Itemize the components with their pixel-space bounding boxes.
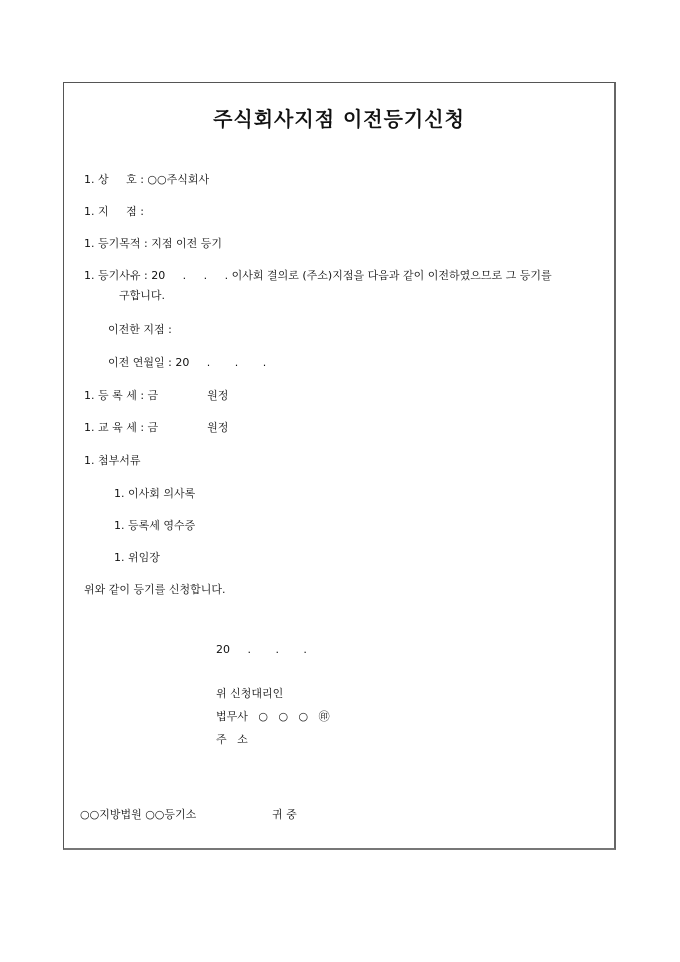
signature-date: 20 . . .: [216, 643, 307, 657]
relocation-date-line: 이전 연월일 : 20 . . .: [108, 356, 266, 370]
registration-tax-line: 1. 등 록 세 : 금 원정: [84, 389, 228, 403]
branch-line: 1. 지 점 :: [84, 205, 144, 219]
document-title: 주식회사지점 이전등기신청: [64, 103, 614, 132]
attachment-item: 1. 위임장: [114, 551, 160, 565]
attachment-item: 1. 등록세 영수증: [114, 519, 195, 533]
relocated-branch-line: 이전한 지점 :: [108, 323, 172, 337]
trade-name-line: 1. 상 호 : ○○주식회사: [84, 173, 209, 187]
attachments-header: 1. 첨부서류: [84, 454, 141, 468]
purpose-line: 1. 등기목적 : 지점 이전 등기: [84, 237, 222, 251]
document-page: 주식회사지점 이전등기신청 1. 상 호 : ○○주식회사 1. 지 점 : 1…: [63, 82, 616, 850]
applicant-label: 위 신청대리인: [216, 687, 283, 701]
education-tax-line: 1. 교 육 세 : 금 원정: [84, 421, 228, 435]
address-line: 주 소: [216, 733, 248, 747]
addressee-honorific: 귀 중: [272, 808, 297, 822]
addressee-court: ○○지방법원 ○○등기소: [80, 808, 196, 822]
lawyer-seal-line: 법무사 ○ ○ ○ ㊞: [216, 710, 330, 724]
closing-statement: 위와 같이 등기를 신청합니다.: [84, 583, 226, 597]
attachment-item: 1. 이사회 의사록: [114, 487, 195, 501]
reason-line-2: 구합니다.: [119, 289, 165, 303]
reason-line-1: 1. 등기사유 : 20 . . . 이사회 결의로 (주소)지점을 다음과 같…: [84, 269, 552, 283]
